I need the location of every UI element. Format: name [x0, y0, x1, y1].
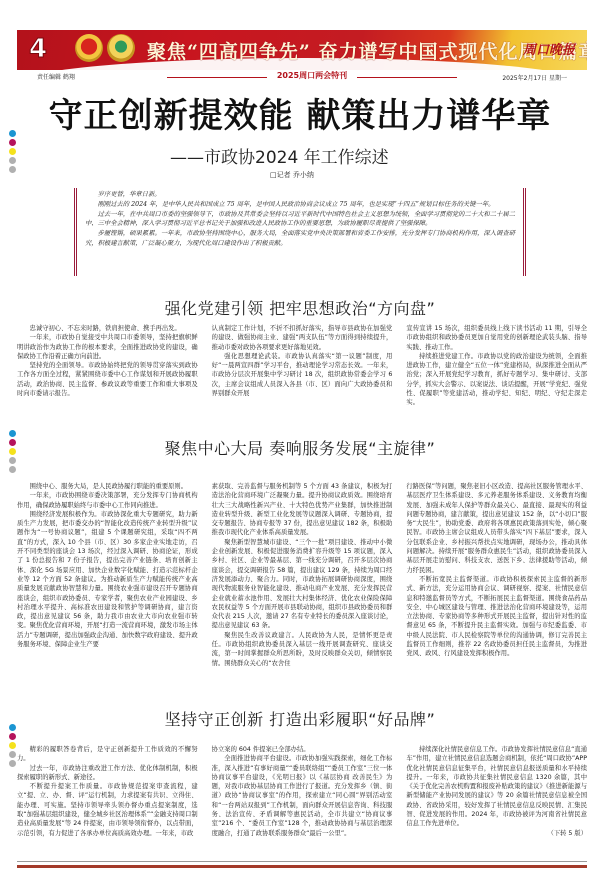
intro-paragraph: 步履铿锵，硕果累累。一年来，市政协坚持围绕中心，服务大局，全面落实党中央决策部署… [85, 229, 515, 249]
intro-paragraph: 刚刚过去的 2024 年，是中华人民共和国成立 75 周年，是中国人民政治协商会… [85, 200, 515, 210]
gray-dot-icon [9, 157, 16, 164]
page-number: 4 [29, 34, 47, 64]
divider [17, 861, 587, 862]
section-body: 围绕中心、服务大局，是人民政协履行职能的重要原则。 一年来，市政协围绕市委决策部… [17, 482, 587, 688]
page-footer-rule [17, 861, 587, 868]
section-body: 忠诚守初心、不忘来时路，铁肩担使命、携手再出发。 一年来，市政协自觉接受中共周口… [17, 324, 587, 434]
cppcc-emblem-icon [107, 34, 135, 62]
text-column: 宣传宣讲 15 场次，组织委员线上线下读书活动 11 期，引导全市政协组织和政协… [406, 324, 587, 434]
intro-box: 岁序更替，华章日新。 刚刚过去的 2024 年，是中华人民共和国成立 75 周年… [74, 188, 526, 276]
paragraph: 忠诚守初心、不忘来时路，铁肩担使命、携手再出发。 [17, 324, 198, 333]
paragraph: 素获取、完善监督与服务机制等 5 个方面 43 条建议，积极为打造法治化营商环境… [212, 482, 393, 538]
paragraph: 持续推进党建工作。市政协以党的政治建设为统领，全面推进政协工作，建立健全“五位一… [406, 352, 587, 408]
paragraph: 聚焦新型智慧城市建设、“三个一批”项目建设、推动中小微企业创新发展、积极促进服务… [212, 538, 393, 631]
magenta-dot-icon [9, 733, 16, 740]
text-column: 协立案的 604 件提案已全部办结。 全面推进协商平台建设。市政协加强实践探索，… [212, 745, 393, 855]
national-emblem-icon [75, 34, 103, 62]
paragraph: 协立案的 604 件提案已全部办结。 [212, 745, 393, 754]
section-heading: 坚持守正创新 打造出彩履职“好品牌” [0, 707, 600, 730]
paragraph: 不断提升提案工作质量。市政协规范提案审查流程，建立“提、立、办、督、评”运行机制… [17, 782, 198, 838]
issue-date: 2025年2月17日 星期一 [502, 73, 567, 82]
newspaper-logo: 周口晚报 [523, 39, 575, 58]
paragraph: 精彩的履职答卷背后，是守正创新提升工作质效的不懈努力。 [17, 745, 198, 764]
yellow-dot-icon [9, 148, 16, 155]
byline: □记者 乔小纳 [270, 170, 314, 180]
paragraph: 宣传宣讲 15 场次，组织委员线上线下读书活动 11 期，引导全市政协组织和政协… [406, 324, 587, 352]
editor-label: 责任编辑 鹤翔 [37, 72, 75, 81]
magenta-dot-icon [9, 139, 16, 146]
divider [17, 865, 587, 868]
paragraph: 过去一年，市政协注重改进工作方法、优化体制机制，积极探索履职的新形式、新途径。 [17, 764, 198, 783]
paragraph: 不断拓宽民主监督渠道。市政协积极探索民主监督的新形式、新方法，充分运用协商会议、… [406, 575, 587, 659]
divider [167, 77, 267, 78]
paragraph: 持续深化社情民意信息工作。市政协发挥社情民意信息“直通车”作用，建立社情民意信息… [406, 745, 587, 829]
gray-dot-icon [9, 760, 16, 767]
paragraph: 坚持党的全面领导。市政协始终把党的领导贯穿落实到政协工作各方面全过程，紧紧围绕市… [17, 361, 198, 398]
text-column: 精彩的履职答卷背后，是守正创新提升工作质效的不懈努力。 过去一年，市政协注重改进… [17, 745, 198, 855]
section-body: 精彩的履职答卷背后，是守正创新提升工作质效的不懈努力。 过去一年，市政协注重改进… [17, 745, 587, 855]
paragraph: 强化思想理论武装。市政协认真落实“第一议题”制度，用好“一晨两宣四群”学习平台，… [212, 352, 393, 398]
gray-dot-icon [9, 751, 16, 758]
gray-dot-icon [9, 466, 16, 473]
intro-paragraph: 岁序更替，华章日新。 [85, 190, 515, 200]
intro-paragraph: 过去一年，在中共周口市委的坚强领导下，市政协及其常委会坚持以习近平新时代中国特色… [85, 210, 515, 230]
text-column: 素获取、完善监督与服务机制等 5 个方面 43 条建议，积极为打造法治化营商环境… [212, 482, 393, 688]
text-column: 认真制定工作计划，不折不扣抓好落实，指导市县政协在加强党的建设、做强协商主业、建… [212, 324, 393, 434]
paragraph: 一年来，市政协围绕市委决策部署，充分发挥专门协商机构作用，确保政协履职始终与市委… [17, 491, 198, 510]
banner-title: 聚焦“四高四争先” 奋力谱写中国式现代化周口篇章 [147, 37, 587, 64]
paragraph: 聚焦民生改善议政建言。人民政协为人民，是情怀更是责任。市政协组织政协委员深入基层… [212, 631, 393, 668]
page-masthead: 4 聚焦“四高四争先” 奋力谱写中国式现代化周口篇章 周口晚报 [17, 30, 587, 70]
text-column: 围绕中心、服务大局，是人民政协履行职能的重要原则。 一年来，市政协围绕市委决策部… [17, 482, 198, 688]
sub-masthead: 责任编辑 鹤翔 2025周口两会特刊 2025年2月17日 星期一 [17, 70, 587, 88]
paragraph: 一年来，市政协自觉接受中共周口市委领导，坚持把旗帜鲜明讲政治作为政协工作的根本要… [17, 333, 198, 361]
text-column: 行路医保”等问题，聚焦老旧小区改造、提高社区服务管理水平、基层医疗卫生体系建设、… [406, 482, 587, 688]
special-issue-label: 2025周口两会特刊 [267, 70, 357, 81]
text-column: 持续深化社情民意信息工作。市政协发挥社情民意信息“直通车”作用，建立社情民意信息… [406, 745, 587, 855]
yellow-dot-icon [9, 742, 16, 749]
text-column: 忠诚守初心、不忘来时路，铁肩担使命、携手再出发。 一年来，市政协自觉接受中共周口… [17, 324, 198, 434]
section-heading: 聚焦中心大局 奏响服务发展“主旋律” [0, 436, 600, 459]
continued-note: （下转 5 版） [406, 829, 587, 838]
gray-dot-icon [9, 166, 16, 173]
paragraph: 围绕中心、服务大局，是人民政协履行职能的重要原则。 [17, 482, 198, 491]
paragraph: 全面推进协商平台建设。市政协加强实践探索，细化工作标准，深入推进“有事好商量”“… [212, 754, 393, 838]
paragraph: 认真制定工作计划，不折不扣抓好落实，指导市县政协在加强党的建设、做强协商主业、建… [212, 324, 393, 352]
article-title: 守正创新提效能 献策出力谱华章 [0, 88, 600, 137]
section-heading: 强化党建引领 把牢思想政治“方向盘” [0, 296, 600, 319]
paragraph: 围绕经济发展积极作为。市政协深化重大专题研究，助力新质生产力发展，把市委交办的“… [17, 510, 198, 649]
paragraph: 行路医保”等问题，聚焦老旧小区改造、提高社区服务管理水平、基层医疗卫生体系建设、… [406, 482, 587, 575]
article-subtitle: ——市政协2024 年工作综述 [170, 143, 389, 168]
registration-marks [9, 724, 17, 769]
divider [357, 77, 457, 78]
